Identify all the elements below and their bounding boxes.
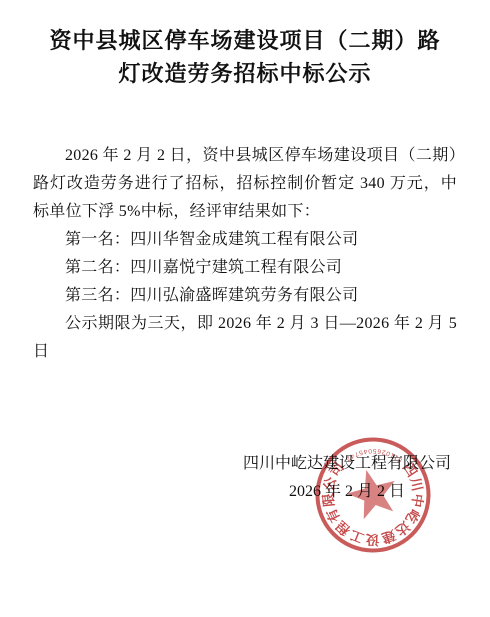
signature-block: 四川中屹达建设工程有限公司 2026 年 2 月 2 日 — [222, 450, 472, 506]
publicity-period: 公示期限为三天，即 2026 年 2 月 3 日—2026 年 2 月 5 日 — [33, 310, 457, 366]
winner-first: 第一名：四川华智金成建筑工程有限公司 — [33, 226, 457, 254]
page-title-line1: 资中县城区停车场建设项目（二期）路 — [0, 24, 490, 57]
page-title-line2: 灯改造劳务招标中标公示 — [0, 57, 490, 90]
announcement-body: 2026 年 2 月 2 日，资中县城区停车场建设项目（二期）路灯改造劳务进行了… — [0, 142, 490, 366]
signature-date: 2026 年 2 月 2 日 — [222, 478, 472, 506]
signature-company: 四川中屹达建设工程有限公司 — [222, 450, 472, 478]
winner-second: 第二名：四川嘉悦宁建筑工程有限公司 — [33, 254, 457, 282]
winner-third: 第三名：四川弘渝盛晖建筑劳务有限公司 — [33, 282, 457, 310]
announcement-page: 资中县城区停车场建设项目（二期）路 灯改造劳务招标中标公示 2026 年 2 月… — [0, 0, 490, 617]
page-title: 资中县城区停车场建设项目（二期）路 灯改造劳务招标中标公示 — [0, 0, 490, 90]
intro-paragraph: 2026 年 2 月 2 日，资中县城区停车场建设项目（二期）路灯改造劳务进行了… — [33, 142, 457, 226]
